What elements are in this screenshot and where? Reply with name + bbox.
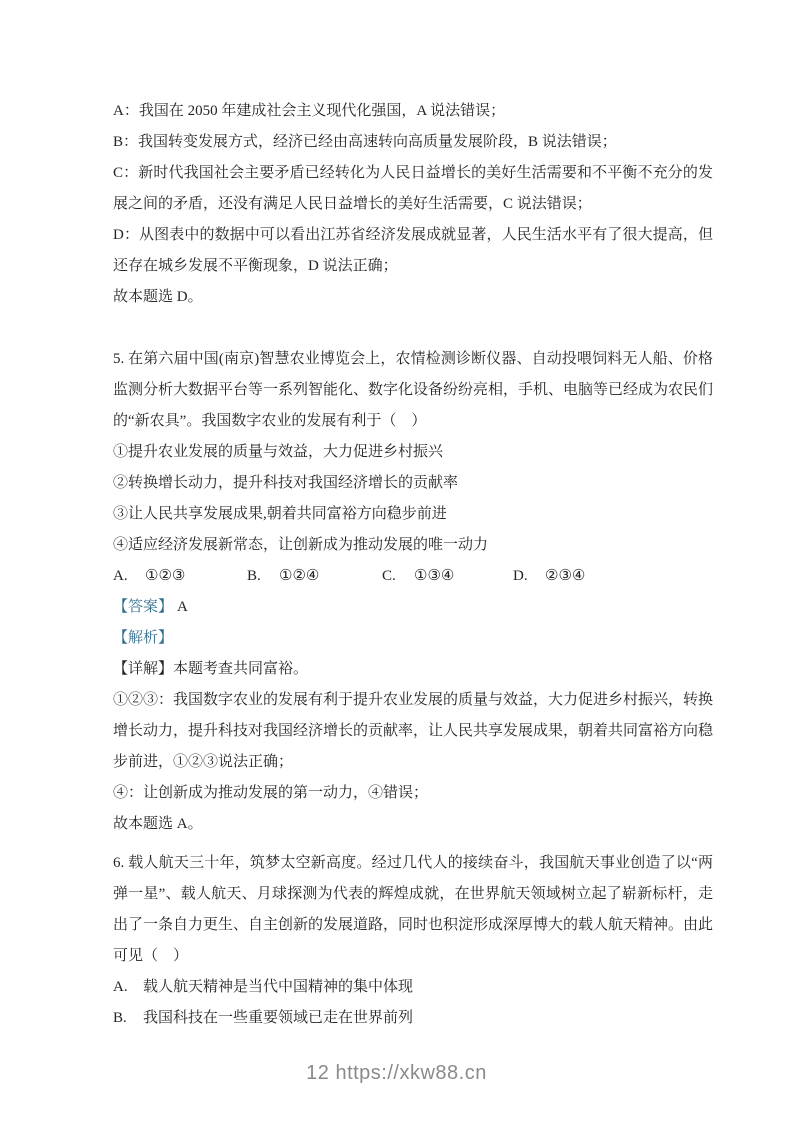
page-footer-url: 12 https://xkw88.cn (0, 1062, 793, 1085)
option-b-label: B. (247, 561, 265, 592)
answer-tag: 【答案】 (113, 599, 173, 615)
question5-explanation-2: ④：让创新成为推动发展的第一动力，④错误； (113, 778, 713, 809)
analysis-line-a: A：我国在 2050 年建成社会主义现代化强国，A 说法错误； (113, 96, 713, 127)
option-a-label: A. (113, 561, 131, 592)
analysis-line-c: C：新时代我国社会主要矛盾已经转化为人民日益增长的美好生活需要和不平衡不充分的发… (113, 158, 713, 220)
question5-option-a: A.①②③ (113, 561, 247, 592)
question5-statement-1: ①提升农业发展的质量与效益，大力促进乡村振兴 (113, 437, 713, 468)
option-b-label: B. (113, 1003, 143, 1034)
option-b-value: ①②④ (279, 568, 319, 584)
option-d-label: D. (513, 561, 531, 592)
analysis-conclusion: 故本题选 D。 (113, 282, 713, 313)
answer-value: A (177, 599, 188, 615)
analysis-line-b: B：我国转变发展方式，经济已经由高速转向高质量发展阶段，B 说法错误； (113, 127, 713, 158)
question5-statement-4: ④适应经济发展新常态，让创新成为推动发展的唯一动力 (113, 530, 713, 561)
question5-explanation-1: ①②③：我国数字农业的发展有利于提升农业发展的质量与效益，大力促进乡村振兴，转换… (113, 685, 713, 778)
option-a-label: A. (113, 972, 143, 1003)
question5-option-d: D.②③④ (513, 561, 713, 592)
analysis-tag: 【解析】 (113, 630, 173, 646)
question6-option-b: B.我国科技在一些重要领域已走在世界前列 (113, 1003, 713, 1034)
detail-line: 【详解】本题考查共同富裕。 (113, 654, 713, 685)
question5-statement-3: ③让人民共享发展成果,朝着共同富裕方向稳步前进 (113, 499, 713, 530)
option-b-text: 我国科技在一些重要领域已走在世界前列 (143, 1010, 413, 1026)
option-d-value: ②③④ (545, 568, 585, 584)
option-a-value: ①②③ (145, 568, 185, 584)
question6-section: 6. 载人航天三十年，筑梦太空新高度。经过几代人的接续奋斗，我国航天事业创造了以… (113, 848, 713, 1034)
question5-options-row: A.①②③ B.①②④ C.①③④ D.②③④ (113, 561, 713, 592)
question5-statement-2: ②转换增长动力，提升科技对我国经济增长的贡献率 (113, 468, 713, 499)
answer-line: 【答案】A (113, 592, 713, 623)
analysis-tag-line: 【解析】 (113, 623, 713, 654)
question5-section: 5. 在第六届中国(南京)智慧农业博览会上，农情检测诊断仪器、自动投喂饲料无人船… (113, 344, 713, 840)
question5-option-c: C.①③④ (382, 561, 513, 592)
option-c-value: ①③④ (414, 568, 454, 584)
question6-stem: 6. 载人航天三十年，筑梦太空新高度。经过几代人的接续奋斗，我国航天事业创造了以… (113, 848, 713, 972)
question5-option-b: B.①②④ (247, 561, 382, 592)
question4-analysis-section: A：我国在 2050 年建成社会主义现代化强国，A 说法错误； B：我国转变发展… (113, 96, 713, 313)
exam-paper-page: A：我国在 2050 年建成社会主义现代化强国，A 说法错误； B：我国转变发展… (0, 0, 793, 1122)
page-content: A：我国在 2050 年建成社会主义现代化强国，A 说法错误； B：我国转变发展… (113, 96, 713, 1034)
option-c-label: C. (382, 561, 400, 592)
question5-stem: 5. 在第六届中国(南京)智慧农业博览会上，农情检测诊断仪器、自动投喂饲料无人船… (113, 344, 713, 437)
question6-option-a: A.载人航天精神是当代中国精神的集中体现 (113, 972, 713, 1003)
question5-conclusion: 故本题选 A。 (113, 809, 713, 840)
analysis-line-d: D：从图表中的数据中可以看出江苏省经济发展成就显著，人民生活水平有了很大提高，但… (113, 220, 713, 282)
option-a-text: 载人航天精神是当代中国精神的集中体现 (143, 979, 413, 995)
